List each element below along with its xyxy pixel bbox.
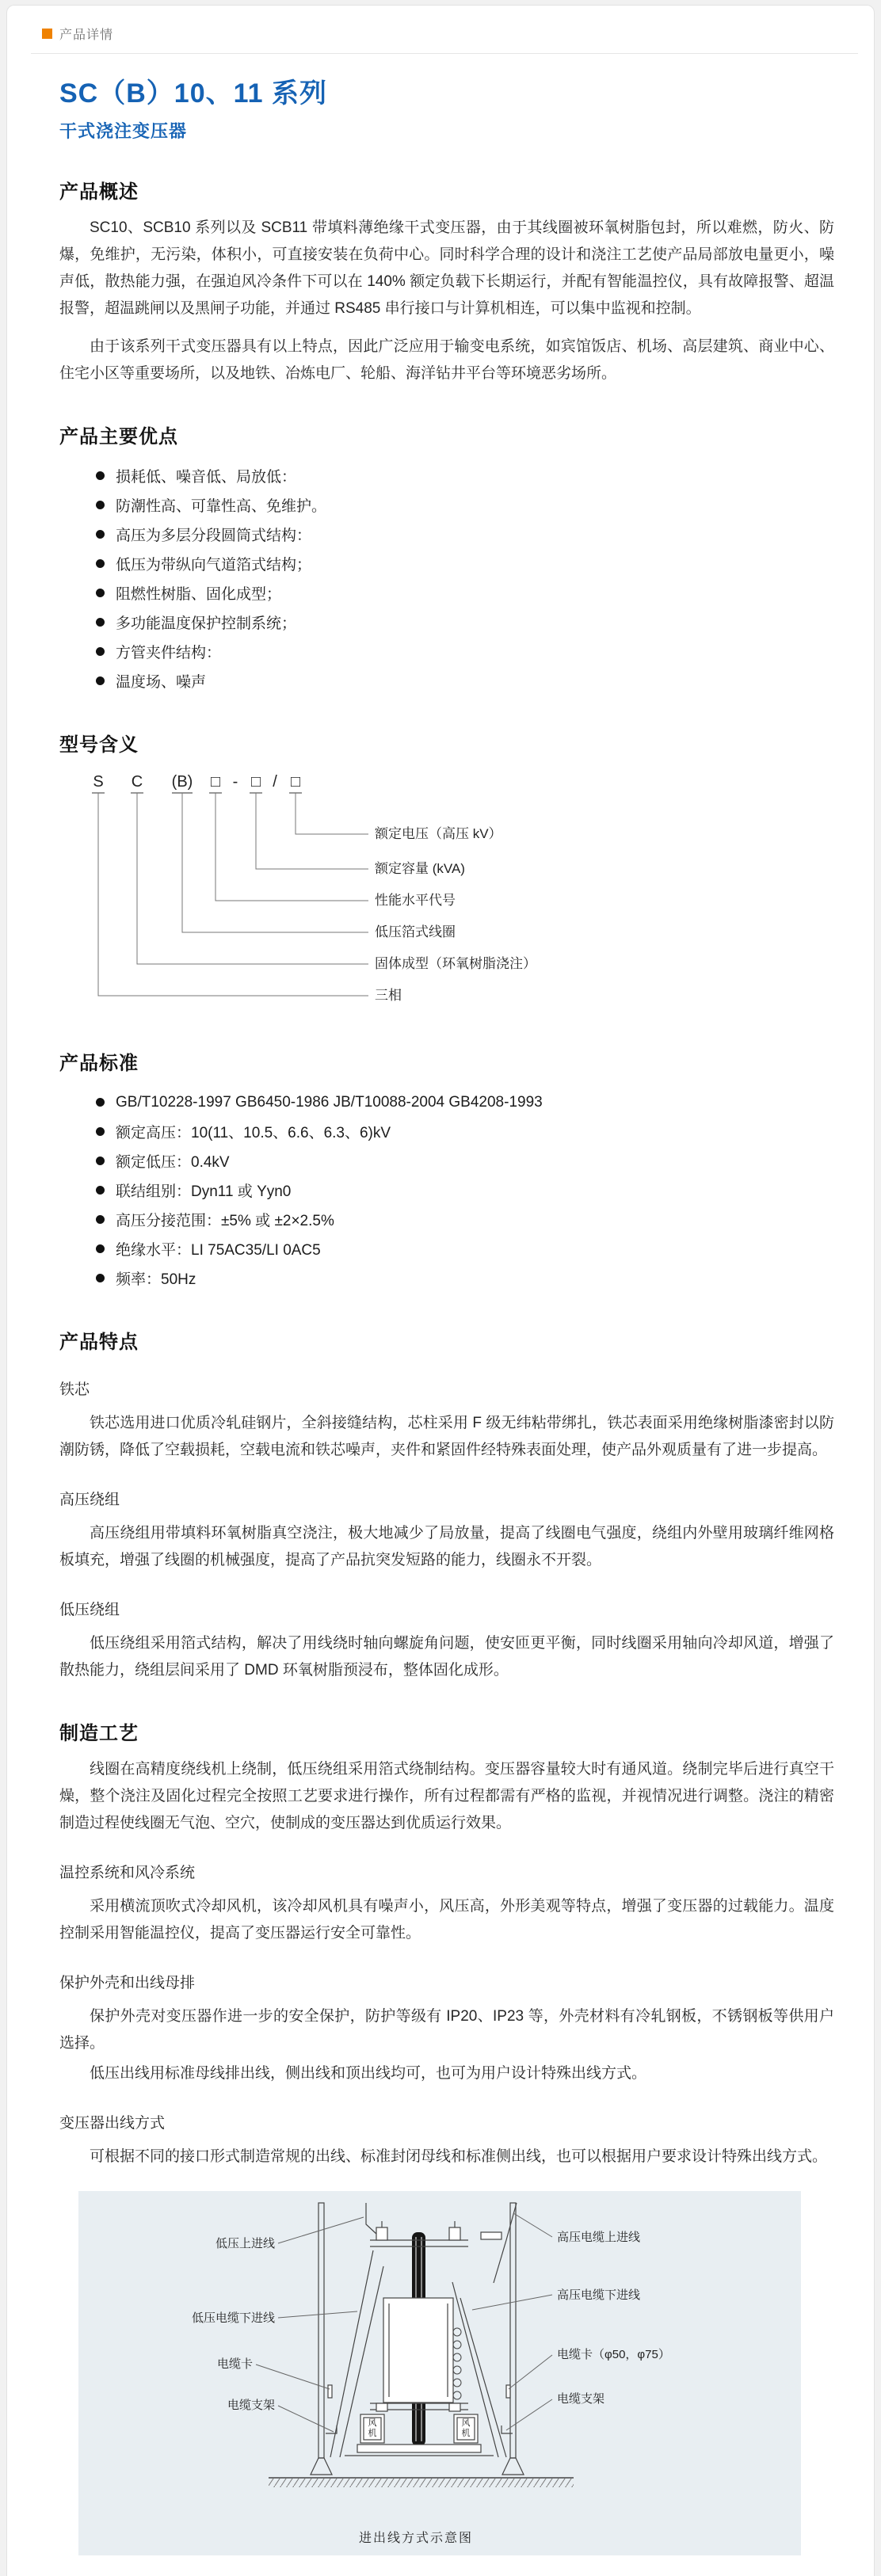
subsection-title-lv-winding: 低压绕组	[59, 1598, 834, 1619]
list-item: 联结组别：Dyn11 或 Yyn0	[96, 1176, 834, 1205]
bullet-icon	[96, 559, 105, 568]
list-item: 额定低压：0.4kV	[96, 1146, 834, 1176]
header-divider	[31, 53, 858, 54]
list-item-label: 额定低压：0.4kV	[116, 1150, 230, 1172]
list-item-label: 联结组别：Dyn11 或 Yyn0	[116, 1179, 291, 1201]
advantages-list: 损耗低、噪音低、局放低： 防潮性高、可靠性高、免维护。 高压为多层分段圆筒式结构…	[59, 461, 834, 695]
bullet-icon	[96, 1098, 105, 1107]
list-item: 高压为多层分段圆筒式结构：	[96, 520, 834, 549]
list-item: 防潮性高、可靠性高、免维护。	[96, 490, 834, 520]
list-item-label: 防潮性高、可靠性高、免维护。	[116, 494, 326, 516]
label-cable-clamp-left: 电缆卡	[217, 2357, 253, 2371]
overview-paragraph: SC10、SCB10 系列以及 SCB11 带填料薄绝缘干式变压器，由于其线圈被…	[59, 215, 834, 322]
model-symbol: S	[93, 773, 103, 791]
label-cable-bracket-right: 电缆支架	[557, 2391, 604, 2406]
list-item: 多功能温度保护控制系统；	[96, 608, 834, 637]
model-symbol: □	[291, 773, 300, 791]
process-paragraph: 保护外壳对变压器作进一步的安全保护，防护等级有 IP20、IP23 等，外壳材料…	[59, 2003, 834, 2057]
label-hv-cable-top-in: 高压电缆上进线	[557, 2230, 640, 2244]
section-heading-model: 型号含义	[59, 729, 834, 756]
bullet-icon	[96, 1244, 105, 1253]
list-item: 温度场、噪声	[96, 666, 834, 695]
model-meaning-diagram: S C (B) □ - □ / □ 额定电压（高压 kV） 额定容量 (kVA)…	[59, 764, 662, 1014]
bullet-icon	[96, 1186, 105, 1195]
list-item-label: GB/T10228-1997 GB6450-1986 JB/T10088-200…	[116, 1094, 543, 1111]
cooling-duct-bumps	[453, 2328, 461, 2399]
process-paragraph: 采用横流顶吹式冷却风机，该冷却风机具有噪声小，风压高，外形美观等特点，增强了变压…	[59, 1893, 834, 1947]
bullet-icon	[96, 530, 105, 539]
model-label: 低压箔式线圈	[375, 924, 456, 939]
list-item-label: 低压为带纵向气道箔式结构；	[116, 553, 311, 574]
model-symbol: C	[132, 773, 143, 791]
list-item: 损耗低、噪音低、局放低：	[96, 461, 834, 490]
bullet-icon	[96, 1215, 105, 1224]
label-lv-top-in: 低压上进线	[215, 2237, 275, 2250]
ground-line	[269, 2478, 574, 2487]
bullet-icon	[96, 676, 105, 685]
list-item: 低压为带纵向气道箔式结构；	[96, 549, 834, 578]
list-item-label: 额定高压：10(11、10.5、6.6、6.3、6)kV	[116, 1121, 391, 1142]
product-series-title: SC（B）10、11 系列	[59, 71, 834, 110]
outlet-diagram-drawing: 风机 风机 低压上进线	[78, 2191, 801, 2522]
section-heading-features: 产品特点	[59, 1326, 834, 1354]
model-label: 额定容量 (kVA)	[375, 861, 465, 876]
bullet-icon	[96, 618, 105, 627]
model-symbols: S C (B) □ - □ / □	[93, 773, 300, 791]
label-hv-cable-bottom-in: 高压电缆下进线	[557, 2288, 640, 2302]
subsection-title-cooling: 温控系统和风冷系统	[59, 1861, 834, 1882]
model-symbol: -	[233, 773, 238, 791]
model-label: 额定电压（高压 kV）	[375, 826, 502, 841]
bullet-icon	[96, 501, 105, 509]
outlet-diagram-panel: 风机 风机 低压上进线	[78, 2191, 801, 2555]
list-item: 阻燃性树脂、固化成型；	[96, 578, 834, 608]
list-item: 额定高压：10(11、10.5、6.6、6.3、6)kV	[96, 1117, 834, 1146]
feature-paragraph: 高压绕组用带填料环氧树脂真空浇注，极大地减少了局放量，提高了线圈电气强度，绕组内…	[59, 1520, 834, 1574]
list-item-label: 方管夹件结构：	[116, 641, 221, 662]
list-item-label: 高压为多层分段圆筒式结构：	[116, 524, 311, 545]
model-label: 三相	[375, 988, 402, 1003]
list-item-label: 多功能温度保护控制系统；	[116, 612, 296, 633]
subsection-title-hv-winding: 高压绕组	[59, 1488, 834, 1509]
process-paragraph: 可根据不同的接口形式制造常规的出线、标准封闭母线和标准侧出线，也可以根据用户要求…	[59, 2143, 834, 2170]
section-heading-standards: 产品标准	[59, 1047, 834, 1075]
label-cable-clamp-right: 电缆卡（φ50，φ75）	[557, 2347, 670, 2361]
process-intro-paragraph: 线圈在高精度绕线机上绕制，低压绕组采用箔式绕制结构。变压器容量较大时有通风道。绕…	[59, 1756, 834, 1837]
diagram-caption: 进出线方式示意图	[78, 2528, 753, 2546]
section-heading-process: 制造工艺	[59, 1717, 834, 1745]
model-symbol: (B)	[172, 773, 193, 791]
model-connectors	[98, 793, 368, 996]
list-item: GB/T10228-1997 GB6450-1986 JB/T10088-200…	[96, 1088, 834, 1117]
bullet-icon	[96, 1157, 105, 1165]
card-header-title: 产品详情	[59, 25, 113, 43]
model-labels: 额定电压（高压 kV） 额定容量 (kVA) 性能水平代号 低压箔式线圈 固体成…	[375, 826, 536, 1003]
bullet-icon	[96, 589, 105, 597]
overview-paragraph: 由于该系列干式变压器具有以上特点，因此广泛应用于输变电系统，如宾馆饭店、机场、高…	[59, 333, 834, 387]
feature-paragraph: 铁芯选用进口优质冷轧硅钢片，全斜接缝结构，芯柱采用 F 级无纬粘带绑扎，铁芯表面…	[59, 1410, 834, 1464]
list-item-label: 高压分接范围：±5% 或 ±2×2.5%	[116, 1209, 334, 1230]
bullet-icon	[96, 1274, 105, 1282]
section-heading-overview: 产品概述	[59, 176, 834, 204]
model-symbol: □	[251, 773, 261, 791]
subsection-title-enclosure: 保护外壳和出线母排	[59, 1971, 834, 1992]
list-item: 高压分接范围：±5% 或 ±2×2.5%	[96, 1205, 834, 1234]
model-symbol: /	[273, 773, 277, 791]
list-item-label: 频率：50Hz	[116, 1267, 196, 1289]
label-lv-cable-bottom-in: 低压电缆下进线	[192, 2311, 275, 2325]
list-item-label: 绝缘水平：LI 75AC35/LI 0AC5	[116, 1238, 321, 1259]
list-item-label: 温度场、噪声	[116, 670, 206, 692]
list-item: 绝缘水平：LI 75AC35/LI 0AC5	[96, 1234, 834, 1263]
bullet-icon	[96, 471, 105, 480]
standards-list: GB/T10228-1997 GB6450-1986 JB/T10088-200…	[59, 1088, 834, 1293]
model-label: 固体成型（环氧树脂浇注）	[375, 956, 536, 971]
section-heading-advantages: 产品主要优点	[59, 421, 834, 448]
list-item-label: 损耗低、噪音低、局放低：	[116, 465, 296, 486]
subsection-title-outlet-mode: 变压器出线方式	[59, 2111, 834, 2132]
product-detail-card: 产品详情 SC（B）10、11 系列 干式浇注变压器 产品概述 SC10、SCB…	[6, 5, 875, 2576]
list-item: 方管夹件结构：	[96, 637, 834, 666]
list-item-label: 阻燃性树脂、固化成型；	[116, 582, 281, 604]
model-label: 性能水平代号	[375, 893, 456, 908]
bullet-icon	[96, 1127, 105, 1136]
model-symbol: □	[211, 773, 220, 791]
subsection-title-core: 铁芯	[59, 1378, 834, 1399]
bullet-icon	[96, 647, 105, 656]
card-header: 产品详情	[42, 25, 834, 43]
process-paragraph: 低压出线用标准母线排出线，侧出线和顶出线均可，也可为用户设计特殊出线方式。	[59, 2060, 834, 2087]
section-marker-icon	[42, 29, 52, 39]
label-cable-bracket-left: 电缆支架	[227, 2398, 275, 2412]
list-item: 频率：50Hz	[96, 1263, 834, 1293]
product-type-subtitle: 干式浇注变压器	[59, 118, 834, 143]
feature-paragraph: 低压绕组采用箔式结构，解决了用线绕时轴向螺旋角问题，使安匝更平衡，同时线圈采用轴…	[59, 1630, 834, 1684]
